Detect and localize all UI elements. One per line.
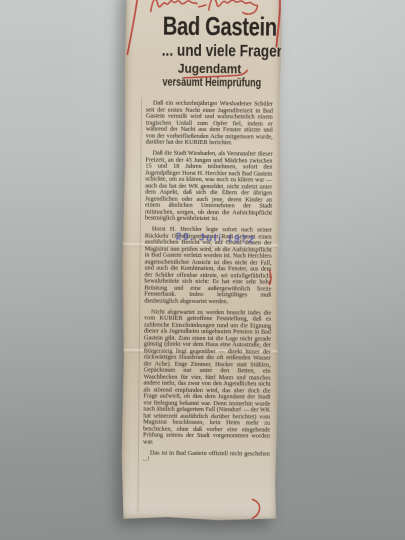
article-headline: Bad Gastein — [147, 13, 274, 40]
article-kicker: Jugendamt versäumt Heimprüfung — [146, 63, 273, 90]
article-subheadline: ... und viele Fragen — [146, 42, 273, 61]
article-paragraph-1: Daß ein sechzehnjähriger Wiesbadener Sch… — [146, 101, 273, 148]
article-paragraph-2: Daß die Stadt Wiesbaden, als Veranstalte… — [145, 151, 273, 224]
article-subheadline-text: ... und viele Fragen — [162, 42, 285, 61]
photo-background: Bad Gastein ... und viele Fragen Jugenda… — [0, 0, 405, 540]
article-kicker-line2: versäumt Heimprüfung — [146, 76, 273, 90]
article-paragraph-4: Nicht abgewartet zu werden braucht indes… — [143, 309, 271, 447]
article-body: Daß ein sechzehnjähriger Wiesbadener Sch… — [143, 101, 273, 465]
red-closing-arc — [252, 499, 259, 518]
newspaper-clipping: Bad Gastein ... und viele Fragen Jugenda… — [120, 0, 282, 521]
kicker-line2-text: versäumt Heimprüfung — [163, 76, 262, 90]
article-paragraph-3: Horst H. Herchler legte sofort nach sein… — [144, 226, 272, 305]
article: Bad Gastein ... und viele Fragen Jugenda… — [121, 0, 282, 464]
clipping-paper: Bad Gastein ... und viele Fragen Jugenda… — [120, 0, 282, 521]
article-headline-text: Bad Gastein — [163, 13, 277, 40]
article-paragraph-5: Das ist in Bad Gastein offiziell nicht g… — [143, 450, 270, 464]
